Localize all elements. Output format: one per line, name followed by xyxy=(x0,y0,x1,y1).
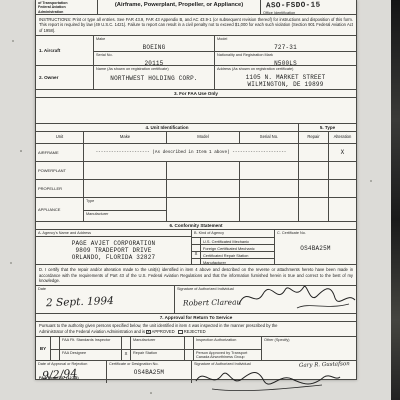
approval-by-table: BY FAA Flt. Standards Inspector Manufact… xyxy=(36,336,356,360)
appliance-label: APPLIANCE xyxy=(36,198,83,221)
form-header: of Transportation Federal Aviation Admin… xyxy=(36,0,356,14)
certificate-no-value: OS4BA25M xyxy=(275,245,356,252)
faa-use-only-header: 3. For FAA Use Only xyxy=(36,89,356,97)
approval-signature-scrawl xyxy=(192,363,342,393)
owner-name-value: NORTHWEST HOLDING CORP. xyxy=(94,75,214,82)
transport-canada-label: Person Approved by Transport Canada Airw… xyxy=(194,350,261,360)
agency-block: of Transportation Federal Aviation Admin… xyxy=(36,0,98,14)
airframe-alteration-check: X xyxy=(328,144,356,161)
row-appliance: APPLIANCE Type Manufacturer xyxy=(36,197,356,221)
scan-edge-shadow xyxy=(391,0,400,400)
agency-name-address-label: A. Agency's Name and Address xyxy=(36,230,191,237)
conformity-date-sig-row: Date 2 Sept. 1994 Signature of Authorize… xyxy=(36,285,356,313)
rejected-label: REJECTED xyxy=(184,329,206,334)
scan-speck xyxy=(20,150,22,152)
conformity-signature-cell: Signature of Authorized Individual Rober… xyxy=(174,286,356,313)
conformity-date-label: Date xyxy=(36,286,174,291)
model-value: 727-31 xyxy=(215,44,356,51)
owner-name-cell: Name (As shown on registration certifica… xyxy=(94,66,214,89)
inspection-auth-checkbox xyxy=(185,337,194,349)
make-label: Make xyxy=(94,36,214,41)
scan-speck xyxy=(12,40,14,42)
approval-cert-label: Certificate or Designation No. xyxy=(107,361,191,366)
form-number: FAA Form 337 (12-88) xyxy=(39,375,79,380)
foreign-mechanic-checkbox xyxy=(192,245,201,251)
owner-address-cell: Address (As shown on registration certif… xyxy=(214,66,356,89)
faa-use-only-box xyxy=(36,97,356,123)
section-aircraft: 1. Aircraft Make BOEING Model 727-31 Ser… xyxy=(36,35,356,65)
repair-station2-label: Repair Station xyxy=(131,350,185,360)
approval-bottom-row: Date of Approval or Rejection 9/2/94 Cer… xyxy=(36,360,356,383)
pursuant-text-1: Pursuant to the authority given persons … xyxy=(39,323,277,328)
form-paper: of Transportation Federal Aviation Admin… xyxy=(35,0,357,380)
scan-speck xyxy=(370,180,372,182)
office-identification-box: Office Identification ASO-FSDO-15 xyxy=(260,0,356,14)
kind-us-mechanic-row: U.S. Certificated Mechanic xyxy=(192,237,274,244)
faa-designee-checkbox xyxy=(51,350,60,360)
by-label: BY xyxy=(36,337,50,360)
form-subtitle: (Airframe, Powerplant, Propeller, or App… xyxy=(98,0,260,14)
conformity-date-cell: Date 2 Sept. 1994 xyxy=(36,286,174,313)
airframe-repair-cell xyxy=(298,144,328,161)
section-owner: 2. Owner Name (As shown on registration … xyxy=(36,65,356,89)
model-label: Model xyxy=(215,36,356,41)
aircraft-section-label: 1. Aircraft xyxy=(36,36,94,65)
aircraft-serial-cell: Serial No. 20115 xyxy=(94,52,214,66)
other-specify-label: Other (Specify) xyxy=(261,337,356,360)
owner-section-label: 2. Owner xyxy=(36,66,94,89)
unit-id-column-headers: Unit Make Model Serial No. Repair Altera… xyxy=(36,131,356,143)
unit-id-header: 4. Unit Identification xyxy=(36,124,298,131)
approval-signature-cell: Signature of Authorized Individual Gary … xyxy=(191,361,356,383)
office-id-stamp: ASO-FSDO-15 xyxy=(266,2,321,11)
serial-label: Serial No. xyxy=(94,52,214,57)
kind-of-agency-label: B. Kind of Agency xyxy=(192,230,274,237)
approval-header: 7. Approval for Return To Service xyxy=(36,313,356,321)
aircraft-model-cell: Model 727-31 xyxy=(214,36,356,51)
inspection-auth-label: Inspection Authorization xyxy=(194,337,261,349)
approved-checkbox: X xyxy=(146,330,151,335)
col-make: Make xyxy=(83,132,166,143)
unit-id-header-row: 4. Unit Identification 5. Type xyxy=(36,123,356,131)
foreign-mechanic-label: Foreign Certificated Mechanic xyxy=(201,245,255,251)
certificate-no-label: C. Certificate No. xyxy=(275,230,356,235)
faa-designee-label: FAA Designee xyxy=(60,350,122,360)
row-powerplant: POWERPLANT xyxy=(36,161,356,179)
col-repair: Repair xyxy=(298,132,328,143)
conformity-date-handwritten: 2 Sept. 1994 xyxy=(46,292,174,308)
col-unit: Unit xyxy=(36,132,83,143)
owner-address-line1: 1105 N. MARKET STREET xyxy=(215,74,356,81)
repair-station2-checkbox: X xyxy=(122,350,131,360)
transport-canada-checkbox xyxy=(185,350,194,360)
kind-repair-station-row: X Certificated Repair Station xyxy=(192,251,274,258)
approved-label: APPROVED xyxy=(152,329,175,334)
scan-speck xyxy=(10,262,12,264)
agency-name-address-cell: A. Agency's Name and Address PAGE AVJET … xyxy=(36,230,191,264)
conformity-agency-name: PAGE AVJET CORPORATION xyxy=(36,240,191,247)
kind-foreign-mechanic-row: Foreign Certificated Mechanic xyxy=(192,244,274,251)
faa-inspector-checkbox xyxy=(51,337,60,349)
agency-line: Administration xyxy=(38,10,95,14)
approval-cert-cell: Certificate or Designation No. OS4BA25M xyxy=(106,361,191,383)
kind-manufacturer-row: Manufacturer xyxy=(192,258,274,265)
type-header: 5. Type xyxy=(298,124,356,131)
pursuant-text-2: Administrator of the Federal Aviation Ad… xyxy=(39,329,145,334)
col-model: Model xyxy=(166,132,239,143)
appliance-type-label: Type xyxy=(84,198,166,210)
owner-address-line2: WILMINGTON, DE 19899 xyxy=(215,81,356,88)
conformity-abc-row: A. Agency's Name and Address PAGE AVJET … xyxy=(36,229,356,264)
instructions-text: INSTRUCTIONS: Print or type all entries.… xyxy=(36,14,356,35)
repair-station-label: Certificated Repair Station xyxy=(201,252,248,258)
make-value: BOEING xyxy=(94,44,214,51)
manufacturer2-checkbox xyxy=(122,337,131,349)
faa-inspector-label: FAA Flt. Standards Inspector xyxy=(60,337,122,349)
manufacturer-checkbox xyxy=(192,259,201,265)
scanned-faa-form-337: of Transportation Federal Aviation Admin… xyxy=(0,0,400,400)
owner-address-label: Address (As shown on registration certif… xyxy=(215,66,356,71)
airframe-label: AIRFRAME xyxy=(36,144,83,161)
row-airframe: AIRFRAME --------------------- (As descr… xyxy=(36,143,356,161)
col-alteration: Alteration xyxy=(328,132,356,143)
pursuant-text-block: Pursuant to the authority given persons … xyxy=(36,321,356,335)
office-id-label: Office Identification xyxy=(263,11,295,15)
certificate-no-cell: C. Certificate No. OS4BA25M xyxy=(274,230,356,264)
col-serial: Serial No. xyxy=(239,132,298,143)
appliance-manufacturer-label: Manufacturer xyxy=(84,210,166,221)
repair-station-checkbox: X xyxy=(192,252,201,258)
propeller-label: PROPELLER xyxy=(36,180,83,197)
manufacturer2-label: Manufacturer xyxy=(131,337,185,349)
conformity-header: 6. Conformity Statement xyxy=(36,221,356,229)
us-mechanic-label: U.S. Certificated Mechanic xyxy=(201,238,249,244)
manufacturer-label: Manufacturer xyxy=(201,259,226,265)
conformity-agency-addr1: 9809 TRADEPORT DRIVE xyxy=(36,247,191,254)
us-mechanic-checkbox xyxy=(192,238,201,244)
row-propeller: PROPELLER xyxy=(36,179,356,197)
conformity-agency-addr2: ORLANDO, FLORIDA 32827 xyxy=(36,254,191,261)
scan-speck xyxy=(150,392,152,394)
owner-name-label: Name (As shown on registration certifica… xyxy=(94,66,214,71)
kind-of-agency-cell: B. Kind of Agency U.S. Certificated Mech… xyxy=(191,230,274,264)
approval-cert-value: OS4BA25M xyxy=(107,369,191,376)
aircraft-make-cell: Make BOEING xyxy=(94,36,214,51)
powerplant-label: POWERPLANT xyxy=(36,162,83,179)
rejected-checkbox xyxy=(178,330,183,335)
airframe-described-text: --------------------- (As described in I… xyxy=(83,144,298,161)
registration-label: Nationality and Registration Mark xyxy=(215,52,356,57)
conformity-signature-scrawl xyxy=(237,274,357,314)
aircraft-registration-cell: Nationality and Registration Mark N500LS xyxy=(214,52,356,66)
